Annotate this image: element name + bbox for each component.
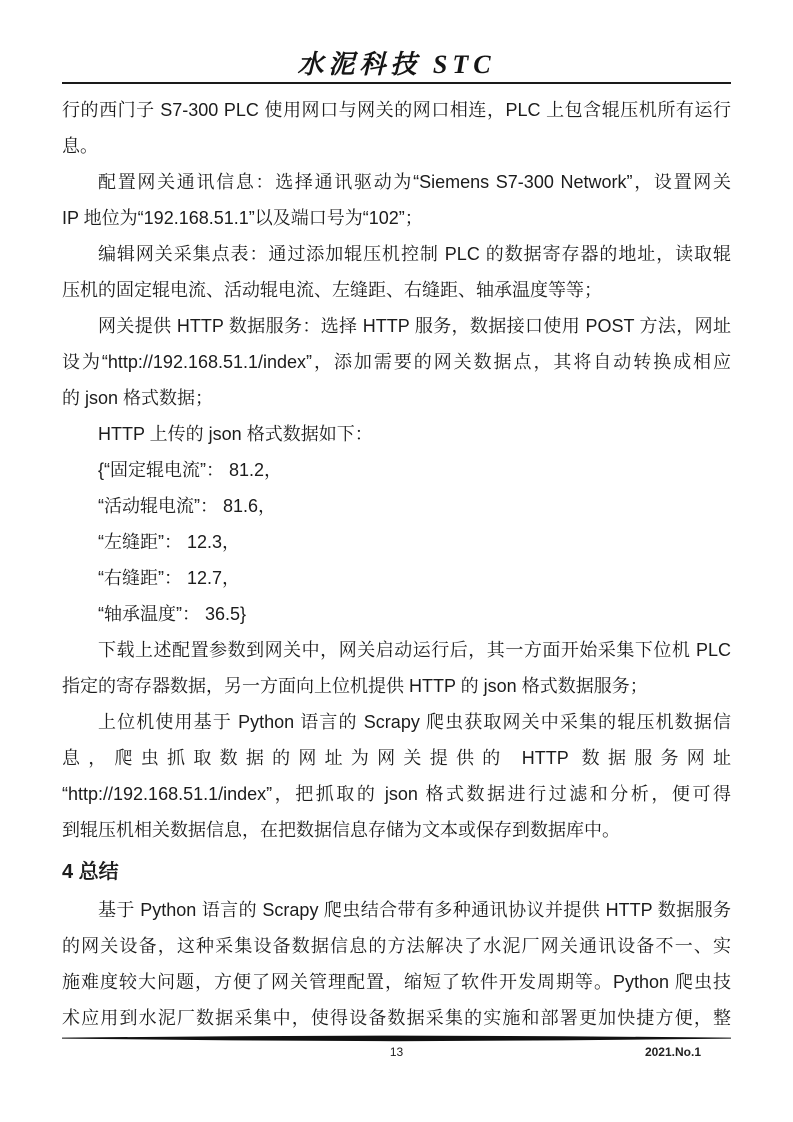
body-line: 网关提供 HTTP 数据服务：选择 HTTP 服务，数据接口使用 POST 方法… <box>62 308 731 344</box>
header-rule <box>62 82 731 84</box>
body-line: 压机的固定辊电流、活动辊电流、左缝距、右缝距、轴承温度等等； <box>62 272 731 308</box>
body-line: 编辑网关采集点表：通过添加辊压机控制 PLC 的数据寄存器的地址，读取辊 <box>62 236 731 272</box>
footer-issue-label: 2021.No.1 <box>645 1045 701 1059</box>
body-line: 息。 <box>62 128 731 164</box>
journal-header-title: 水泥科技 STC <box>0 44 793 81</box>
body-line: 的 json 格式数据； <box>62 380 731 416</box>
body-line: 施难度较大问题，方便了网关管理配置，缩短了软件开发周期等。Python 爬虫技 <box>62 964 731 1000</box>
json-data-line: “活动辊电流”： 81.6， <box>62 488 731 524</box>
body-line: 设为“http://192.168.51.1/index”，添加需要的网关数据点… <box>62 344 731 380</box>
footer-rule <box>62 1035 731 1042</box>
section-heading: 4 总结 <box>62 854 731 890</box>
json-data-line: {“固定辊电流”： 81.2， <box>62 452 731 488</box>
page-body: 行的西门子 S7-300 PLC 使用网口与网关的网口相连，PLC 上包含辊压机… <box>62 92 731 1036</box>
body-line: 配置网关通讯信息：选择通讯驱动为“Siemens S7-300 Network”… <box>62 164 731 200</box>
body-line: 术应用到水泥厂数据采集中，使得设备数据采集的实施和部署更加快捷方便，整 <box>62 1000 731 1036</box>
body-line: 下载上述配置参数到网关中，网关启动运行后，其一方面开始采集下位机 PLC <box>62 632 731 668</box>
json-data-line: “左缝距”： 12.3， <box>62 524 731 560</box>
document-page: 水泥科技 STC 行的西门子 S7-300 PLC 使用网口与网关的网口相连，P… <box>0 0 793 1122</box>
body-line: 指定的寄存器数据，另一方面向上位机提供 HTTP 的 json 格式数据服务； <box>62 668 731 704</box>
json-data-line: “轴承温度”： 36.5} <box>62 596 731 632</box>
body-line: 的网关设备，这种采集设备数据信息的方法解决了水泥厂网关通讯设备不一、实 <box>62 928 731 964</box>
body-line: 息，爬虫抓取数据的网址为网关提供的 HTTP 数据服务网址 <box>62 740 731 776</box>
body-line: IP 地位为“192.168.51.1”以及端口号为“102”； <box>62 200 731 236</box>
body-line: 行的西门子 S7-300 PLC 使用网口与网关的网口相连，PLC 上包含辊压机… <box>62 92 731 128</box>
body-line: “http://192.168.51.1/index”，把抓取的 json 格式… <box>62 776 731 812</box>
body-line: 到辊压机相关数据信息，在把数据信息存储为文本或保存到数据库中。 <box>62 812 731 848</box>
body-line: 上位机使用基于 Python 语言的 Scrapy 爬虫获取网关中采集的辊压机数… <box>62 704 731 740</box>
body-line: HTTP 上传的 json 格式数据如下： <box>62 416 731 452</box>
body-line: 基于 Python 语言的 Scrapy 爬虫结合带有多种通讯协议并提供 HTT… <box>62 892 731 928</box>
json-data-line: “右缝距”： 12.7， <box>62 560 731 596</box>
